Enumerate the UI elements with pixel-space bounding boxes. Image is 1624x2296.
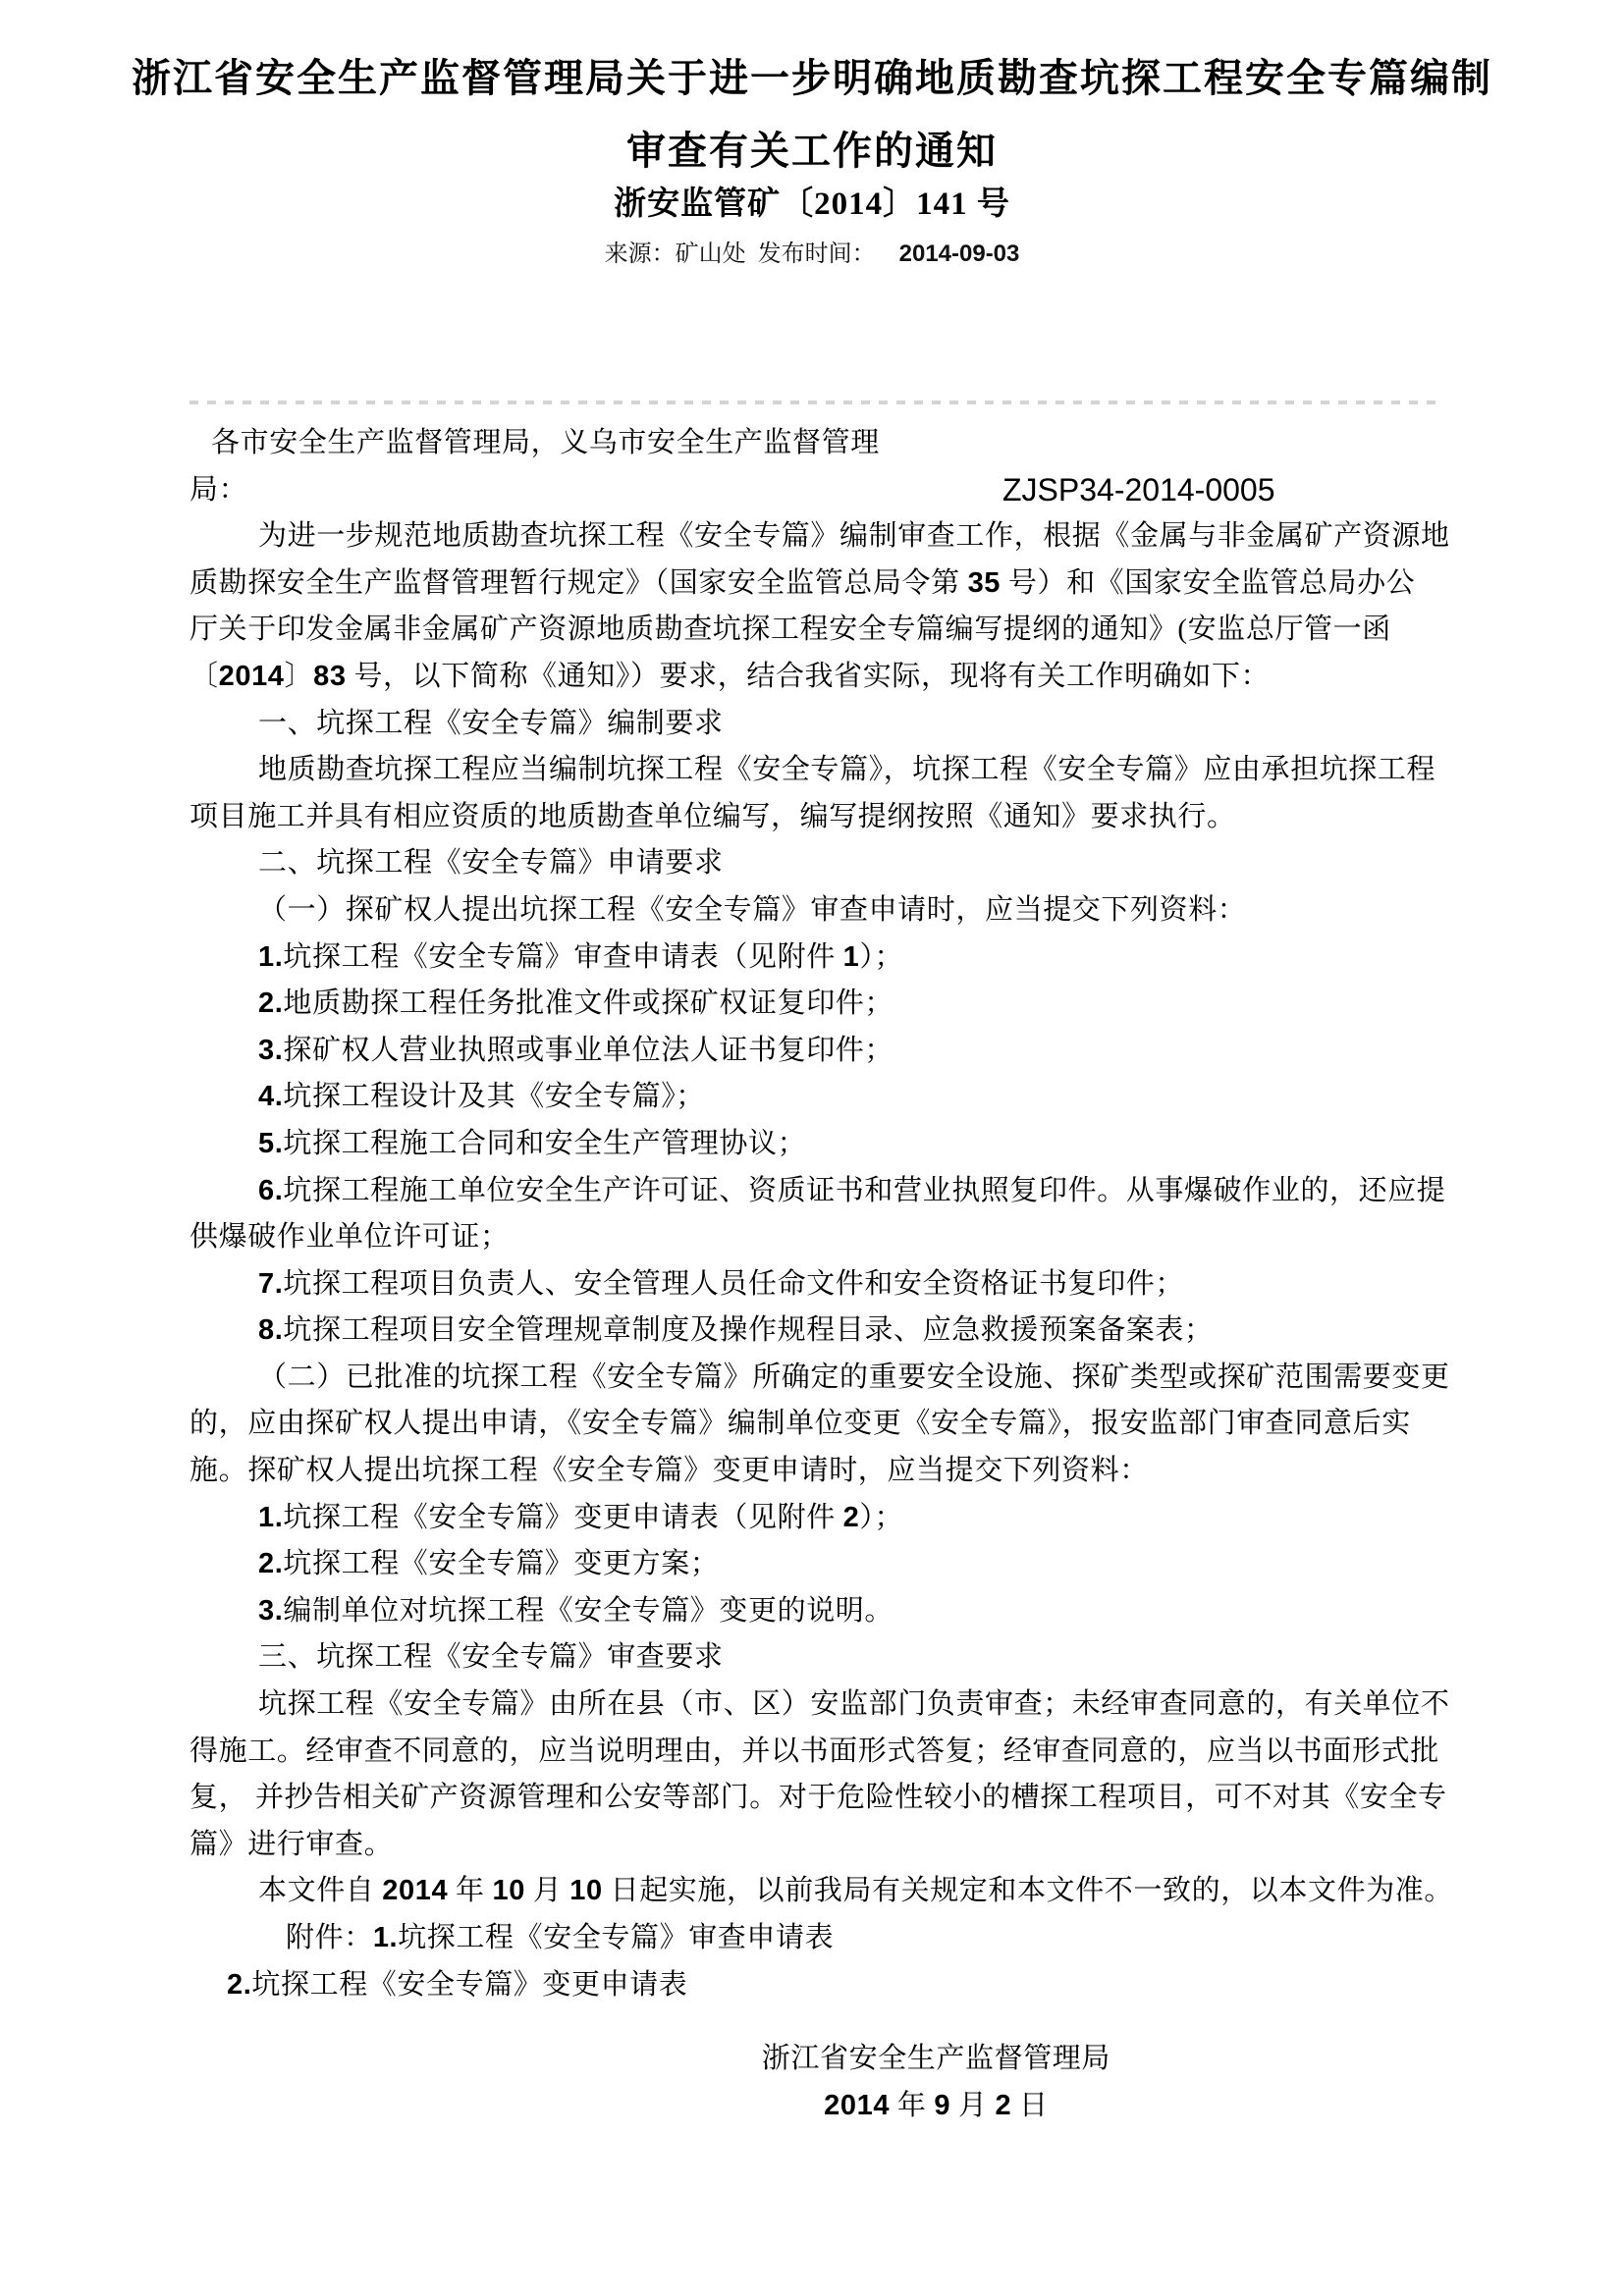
body-lines: 为进一步规范地质勘查坑探工程《安全专篇》编制审查工作，根据《金属与非金属矿产资源… [189,513,1437,2008]
body-line: 1.坑探工程《安全专篇》审查申请表（见附件 1）； [189,934,1437,982]
body-line: 的，应由探矿权人提出申请，《安全专篇》编制单位变更《安全专篇》，报安监部门审查同… [189,1401,1437,1448]
body-line: 施。探矿权人提出坑探工程《安全专篇》变更申请时，应当提交下列资料： [189,1448,1437,1495]
document-title-line1: 浙江省安全生产监督管理局关于进一步明确地质勘查坑探工程安全专篇编制 [0,55,1624,102]
latin-text: 10 [569,1875,602,1906]
recipient-line: 各市安全生产监督管理局，义乌市安全生产监督管理 [189,420,1437,467]
latin-text: 8. [258,1314,283,1346]
latin-text: 2 [843,1502,860,1533]
document-title-line2: 审查有关工作的通知 [0,128,1624,175]
body-line: 一、坑探工程《安全专篇》编制要求 [189,701,1437,748]
document-content: 各市安全生产监督管理局，义乌市安全生产监督管理 局： ZJSP34-2014-0… [0,420,1624,2129]
latin-text: 2 [995,2090,1011,2121]
body-line: 为进一步规范地质勘查坑探工程《安全专篇》编制审查工作，根据《金属与非金属矿产资源… [189,513,1437,561]
latin-text: 10 [493,1875,525,1906]
latin-text: 5. [258,1128,283,1159]
document-code: ZJSP34-2014-0005 [1002,467,1275,514]
document-header: 浙江省安全生产监督管理局关于进一步明确地质勘查坑探工程安全专篇编制 审查有关工作… [0,0,1624,269]
latin-text: 1 [843,941,860,973]
latin-text: 7. [258,1268,283,1300]
recipient-line: 局： ZJSP34-2014-0005 [189,467,1437,514]
latin-text: 2014 [382,1875,448,1906]
body-line: 得施工。经审查不同意的，应当说明理由，并以书面形式答复；经审查同意的，应当以书面… [189,1729,1437,1776]
latin-text: 1. [373,1922,398,1953]
body-line: 厅关于印发金属非金属矿产资源地质勘查坑探工程安全专篇编写提纲的通知》(安监总厅管… [189,607,1437,654]
body-line: 6.坑探工程施工单位安全生产许可证、资质证书和营业执照复印件。从事爆破作业的，还… [189,1168,1437,1215]
body-line: 2.地质勘探工程任务批准文件或探矿权证复印件； [189,981,1437,1028]
latin-text: 35 [968,567,1001,599]
latin-text: 3. [258,1595,283,1627]
latin-text: 4. [258,1081,283,1112]
body-line: （一）探矿权人提出坑探工程《安全专篇》审查申请时，应当提交下列资料： [189,887,1437,934]
body-line: 本文件自 2014 年 10 月 10 日起实施，以前我局有关规定和本文件不一致… [189,1868,1437,1915]
body-line: （二）已批准的坑探工程《安全专篇》所确定的重要安全设施、探矿类型或探矿范围需要变… [189,1355,1437,1402]
latin-text: 1. [258,941,283,973]
signature-org: 浙江省安全生产监督管理局 [762,2036,1110,2083]
body-line: 篇》进行审查。 [189,1822,1437,1869]
latin-text: 2. [227,1969,251,2001]
latin-text: 83 [313,661,346,692]
latin-text: 2014-09-03 [899,240,1020,267]
latin-text: 1. [258,1502,283,1533]
dashed-divider [189,400,1437,404]
body-line: 1.坑探工程《安全专篇》变更申请表（见附件 2）； [189,1495,1437,1542]
latin-text: 2014 [824,2090,890,2121]
body-line: 供爆破作业单位许可证； [189,1214,1437,1261]
source-label: 来源： [605,241,676,267]
body-line: 8.坑探工程项目安全管理规章制度及操作规程目录、应急救援预案备案表； [189,1308,1437,1355]
latin-text: 9 [934,2090,950,2121]
body-line: 项目施工并具有相应资质的地质勘查单位编写，编写提纲按照《通知》要求执行。 [189,794,1437,841]
body-line: 3.探矿权人营业执照或事业单位法人证书复印件； [189,1028,1437,1075]
latin-text: 2. [258,988,283,1019]
source-value: 矿山处 [676,241,746,267]
signature-block: 浙江省安全生产监督管理局 2014 年 9 月 2 日 [762,2036,1110,2129]
body-line: 〔2014〕83 号，以下简称《通知》）要求，结合我省实际，现将有关工作明确如下… [189,654,1437,701]
body-line: 复， 并抄告相关矿产资源管理和公安等部门。对于危险性较小的槽探工程项目，可不对其… [189,1775,1437,1822]
publish-time-label: 发布时间： [758,241,876,267]
body-line: 地质勘查坑探工程应当编制坑探工程《安全专篇》，坑探工程《安全专篇》应由承担坑探工… [189,747,1437,794]
body-line: 2.坑探工程《安全专篇》变更申请表 [189,1962,1437,2009]
latin-text: 3. [258,1035,283,1066]
body-line: 坑探工程《安全专篇》由所在县（市、区）安监部门负责审查；未经审查同意的，有关单位… [189,1682,1437,1729]
document-number: 浙安监管矿〔2014〕141 号 [0,185,1624,224]
body-line: 三、坑探工程《安全专篇》审查要求 [189,1634,1437,1682]
body-line: 质勘探安全生产监督管理暂行规定》（国家安全监管总局令第 35 号）和《国家安全监… [189,561,1437,608]
signature-date: 2014 年 9 月 2 日 [762,2083,1110,2130]
latin-text: 2. [258,1548,283,1579]
body-line: 二、坑探工程《安全专篇》申请要求 [189,840,1437,887]
body-line: 附件：1.坑探工程《安全专篇》审查申请表 [189,1915,1437,1962]
document-meta: 来源：矿山处发布时间：2014-09-03 [0,240,1624,269]
body-line: 2.坑探工程《安全专篇》变更方案； [189,1541,1437,1588]
document-page: 浙江省安全生产监督管理局关于进一步明确地质勘查坑探工程安全专篇编制 审查有关工作… [0,0,1624,2296]
body-line: 4.坑探工程设计及其《安全专篇》； [189,1074,1437,1121]
latin-text: 2014 [219,661,285,692]
recipient-line-left: 局： [189,474,247,506]
body-line: 5.坑探工程施工合同和安全生产管理协议； [189,1121,1437,1168]
publish-time-value: 2014-09-03 [899,241,1020,267]
body-line: 3.编制单位对坑探工程《安全专篇》变更的说明。 [189,1588,1437,1635]
latin-text: 6. [258,1175,283,1206]
body-line: 7.坑探工程项目负责人、安全管理人员任命文件和安全资格证书复印件； [189,1261,1437,1308]
